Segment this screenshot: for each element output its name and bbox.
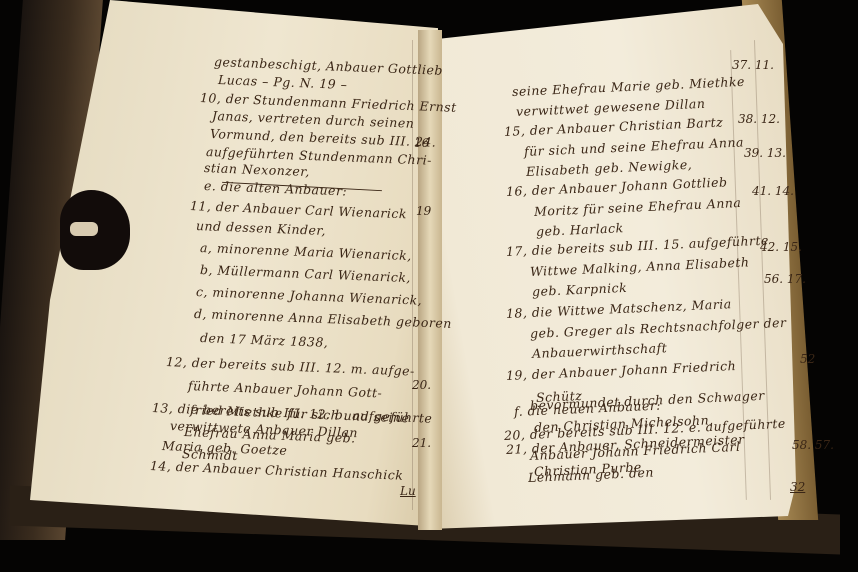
margin-number: 16: [414, 136, 429, 150]
margin-number: 42. 15.: [760, 240, 802, 254]
margin-number: 41. 14.: [752, 184, 794, 198]
margin-number: 38. 12.: [738, 112, 780, 126]
photo-scene: gestanbeschigt, Anbauer Gottlieb Lucas –…: [0, 0, 858, 572]
margin-number: 19: [416, 204, 431, 218]
margin-number: 56. 17.: [764, 272, 806, 286]
margin-number: 20.: [412, 378, 431, 392]
margin-number: 58. 57.: [792, 438, 834, 452]
margin-number: 37. 11.: [732, 58, 774, 72]
footer-mark: Lu: [400, 484, 416, 498]
margin-number: 21.: [412, 436, 431, 450]
margin-number: 39. 13.: [744, 146, 786, 160]
strap-hole: [70, 222, 98, 236]
page-number: 32: [790, 480, 805, 494]
margin-number: 52: [800, 352, 815, 366]
